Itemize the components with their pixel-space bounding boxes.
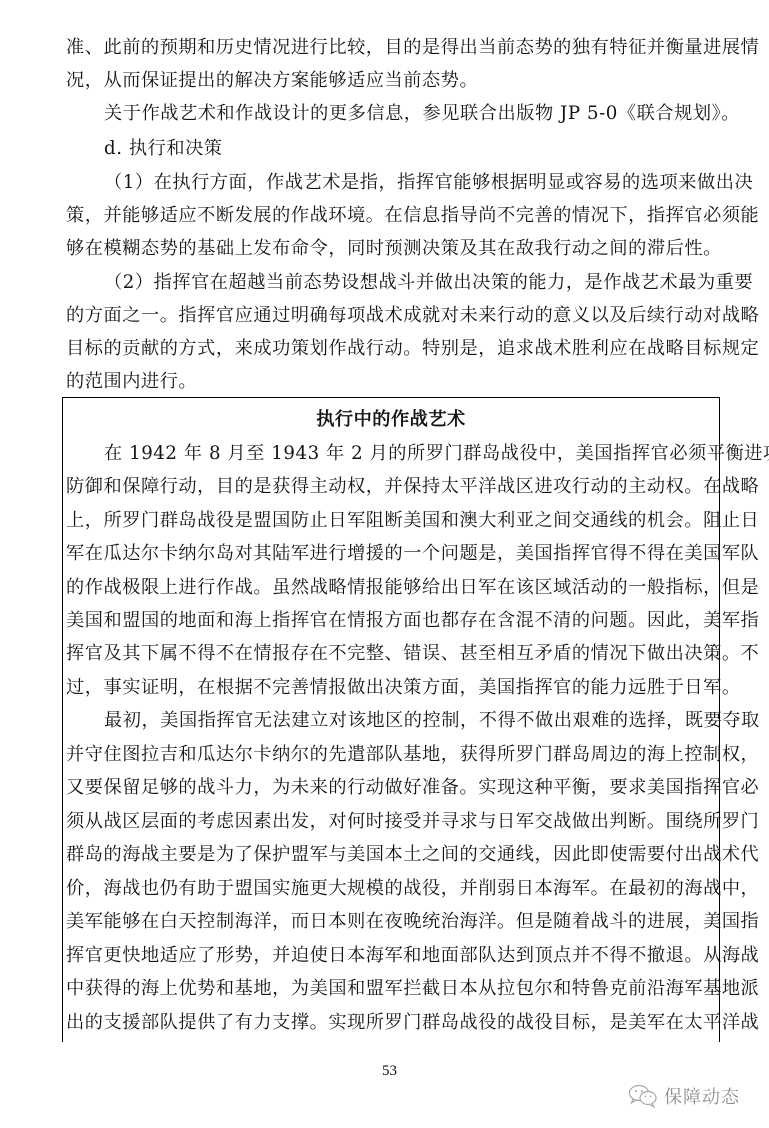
document-page: 准、此前的预期和历史情况进行比较，目的是得出当前态势的独有特征并衡量进展情 况，… [0, 0, 769, 1128]
box-line: 又要保留足够的战斗力，为未来的行动做好准备。实现这种平衡，要求美国指挥官必 [66, 771, 718, 804]
body-line: 目标的贡献的方式，来成功策划作战行动。特别是，追求战术胜利应在战略目标规定 [66, 332, 718, 365]
box-line: 挥官更快地适应了形势，并迫使日本海军和地面部队达到顶点并不得不撤退。从海战 [66, 939, 718, 972]
body-line: 的范围内进行。 [66, 365, 718, 398]
box-line: 中获得的海上优势和基地，为美国和盟军拦截日本从拉包尔和特鲁克前沿海军基地派 [66, 972, 718, 1005]
box-line: 防御和保障行动，目的是获得主动权，并保持太平洋战区进攻行动的主动权。在战略 [66, 470, 718, 503]
box-line: 美军能够在白天控制海洋，而日本则在夜晚统治海洋。但是随着战斗的进展，美国指 [66, 905, 718, 938]
wechat-icon [628, 1084, 658, 1108]
box-line: 挥官及其下属不得不在情报存在不完整、错误、甚至相互矛盾的情况下做出决策。不 [66, 637, 718, 670]
box-line: 在 1942 年 8 月至 1943 年 2 月的所罗门群岛战役中，美国指挥官必… [104, 437, 718, 470]
box-line: 上，所罗门群岛战役是盟国防止日军阻断美国和澳大利亚之间交通线的机会。阻止日 [66, 504, 718, 537]
body-line: 的方面之一。指挥官应通过明确每项战术成就对未来行动的意义以及后续行动对战略 [66, 299, 718, 332]
page-number: 53 [382, 1063, 397, 1080]
box-line: 军在瓜达尔卡纳尔岛对其陆军进行增援的一个问题是，美国指挥官得不得在美国军队 [66, 537, 718, 570]
box-line: 最初，美国指挥官无法建立对该地区的控制，不得不做出艰难的选择，既要夺取 [104, 704, 718, 737]
body-line: （2）指挥官在超越当前态势设想战斗并做出决策的能力，是作战艺术最为重要 [104, 266, 718, 299]
box-line: 群岛的海战主要是为了保护盟军与美国本土之间的交通线，因此即使需要付出战术代 [66, 838, 718, 871]
body-line: 准、此前的预期和历史情况进行比较，目的是得出当前态势的独有特征并衡量进展情 [66, 31, 718, 64]
box-line: 美国和盟国的地面和海上指挥官在情报方面也都存在含混不清的问题。因此，美军指 [66, 604, 718, 637]
body-line: 策，并能够适应不断发展的作战环境。在信息指导尚不完善的情况下，指挥官必须能 [66, 199, 718, 232]
box-line: 的作战极限上进行作战。虽然战略情报能够给出日军在该区域活动的一般指标，但是 [66, 571, 718, 604]
watermark: 保障动态 [628, 1083, 740, 1109]
section-heading: d. 执行和决策 [104, 132, 718, 165]
body-line: 关于作战艺术和作战设计的更多信息，参见联合出版物 JP 5-0《联合规划》。 [104, 97, 718, 130]
box-line: 价，海战也仍有助于盟国实施更大规模的战役，并削弱日本海军。在最初的海战中， [66, 872, 718, 905]
watermark-text: 保障动态 [664, 1083, 740, 1109]
sidebar-box-title: 执行中的作战艺术 [62, 403, 720, 436]
box-line: 过，事实证明，在根据不完善情报做出决策方面，美国指挥官的能力远胜于日军。 [66, 671, 718, 704]
body-line: （1）在执行方面，作战艺术是指，指挥官能够根据明显或容易的选项来做出决 [104, 166, 718, 199]
box-line: 并守住图拉吉和瓜达尔卡纳尔的先遣部队基地，获得所罗门群岛周边的海上控制权， [66, 738, 718, 771]
body-line: 况，从而保证提出的解决方案能够适应当前态势。 [66, 64, 718, 97]
box-line: 出的支援部队提供了有力支撑。实现所罗门群岛战役的战役目标，是美军在太平洋战 [66, 1006, 718, 1039]
body-line: 够在模糊态势的基础上发布命令，同时预测决策及其在敌我行动之间的滞后性。 [66, 232, 718, 265]
box-line: 须从战区层面的考虑因素出发，对何时接受并寻求与日军交战做出判断。围绕所罗门 [66, 805, 718, 838]
